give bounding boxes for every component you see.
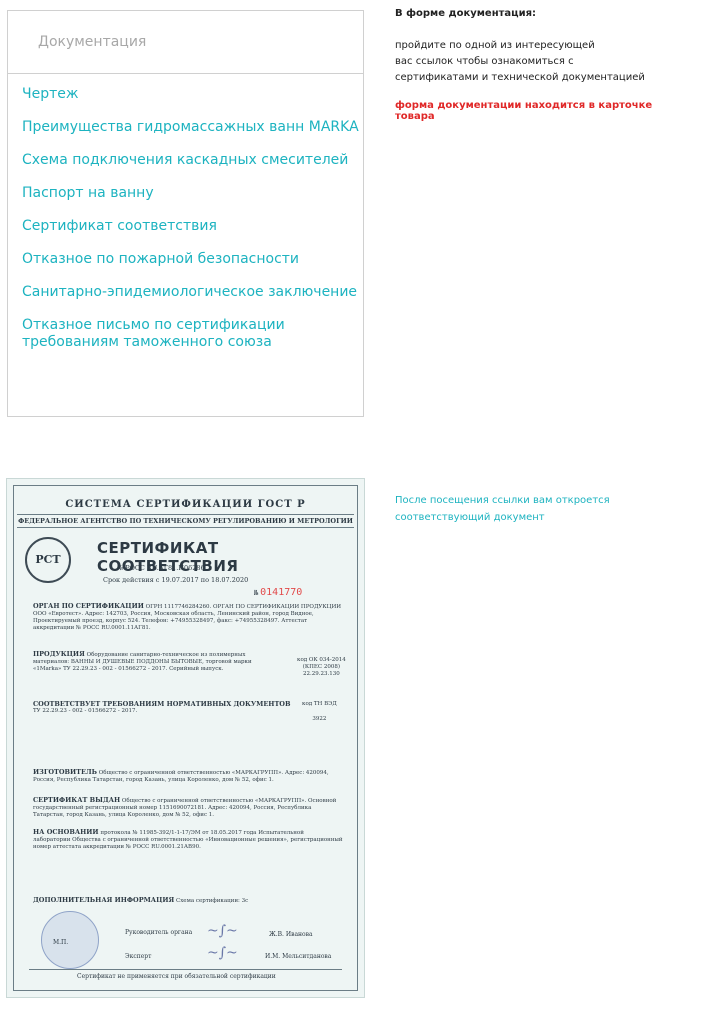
- cert-additional-text: Схема сертификации: 3с: [176, 898, 248, 904]
- cert-mp: М.П.: [53, 939, 68, 946]
- cert-footer-divider: [29, 969, 342, 970]
- cert-tnved-label: код ТН ВЭД: [302, 701, 337, 708]
- signature-expert-icon: ~∫~: [207, 945, 238, 961]
- cert-issued: СЕРТИФИКАТ ВЫДАН Общество с ограниченной…: [33, 797, 343, 819]
- signature-head-icon: ~∫~: [207, 923, 238, 939]
- note-line: После посещения ссылки вам откроется: [395, 492, 655, 509]
- cert-expert-label: Эксперт: [125, 953, 151, 960]
- cert-organ: ОРГАН ПО СЕРТИФИКАЦИИ ОГРН 1117746284260…: [33, 603, 343, 632]
- note-line: соответствующий документ: [395, 509, 655, 526]
- cert-manufacturer: ИЗГОТОВИТЕЛЬ Общество с ограниченной отв…: [33, 769, 343, 784]
- doc-link-fire-safety[interactable]: Отказное по пожарной безопасности: [22, 251, 363, 268]
- cert-product: ПРОДУКЦИЯ Оборудование санитарно-техниче…: [33, 651, 273, 673]
- cert-head-name: Ж.В. Иванова: [269, 931, 313, 938]
- doc-link-mixer-scheme[interactable]: Схема подключения каскадных смесителей: [22, 152, 363, 169]
- documents-link-list: Чертеж Преимущества гидромассажных ванн …: [8, 74, 363, 351]
- cert-blank-number-value: 0141770: [260, 587, 302, 598]
- documents-panel-header: Документация: [8, 11, 363, 74]
- cert-conforms: СООТВЕТСТВУЕТ ТРЕБОВАНИЯМ НОРМАТИВНЫХ ДО…: [33, 701, 293, 715]
- cert-product-label: ПРОДУКЦИЯ: [33, 650, 85, 658]
- cert-tnved-value: 3922: [302, 716, 337, 723]
- cert-basis-label: НА ОСНОВАНИИ: [33, 828, 99, 836]
- documents-panel: Документация Чертеж Преимущества гидрома…: [7, 10, 364, 417]
- cert-tnved: код ТН ВЭД3922: [302, 701, 337, 723]
- doc-link-sanitary[interactable]: Санитарно-эпидемиологическое заключение: [22, 284, 363, 301]
- cert-conforms-text: ТУ 22.29.23 - 002 - 01566272 - 2017.: [33, 708, 293, 715]
- info-block: В форме документация: пройдите по одной …: [395, 8, 695, 122]
- cert-additional: ДОПОЛНИТЕЛЬНАЯ ИНФОРМАЦИЯ Схема сертифик…: [33, 897, 343, 905]
- cert-okp-line: 22.29.23.130: [297, 671, 346, 678]
- cert-footer: Сертификат не применяется при обязательн…: [77, 973, 276, 980]
- info-line: пройдите по одной из интересующей: [395, 38, 695, 54]
- info-line: вас ссылок чтобы ознакомиться с: [395, 54, 695, 70]
- cert-system: СИСТЕМА СЕРТИФИКАЦИИ ГОСТ Р: [7, 499, 364, 510]
- rst-logo-icon: РСТ: [25, 537, 71, 583]
- stamp-seal-icon: [41, 911, 99, 969]
- cert-organ-label: ОРГАН ПО СЕРТИФИКАЦИИ: [33, 602, 144, 610]
- info-title: В форме документация:: [395, 8, 695, 19]
- doc-link-certificate[interactable]: Сертификат соответствия: [22, 218, 363, 235]
- cert-basis: НА ОСНОВАНИИ протокола № 11985-392/1-1-1…: [33, 829, 343, 851]
- cert-agency: ФЕДЕРАЛЬНОЕ АГЕНТСТВО ПО ТЕХНИЧЕСКОМУ РЕ…: [17, 514, 354, 528]
- info-highlight: форма документации находится в карточке …: [395, 100, 695, 122]
- doc-link-advantages[interactable]: Преимущества гидромассажных ванн MARKA: [22, 119, 363, 136]
- cert-issued-label: СЕРТИФИКАТ ВЫДАН: [33, 796, 120, 804]
- cert-head-label: Руководитель органа: [125, 929, 192, 936]
- cert-okp-line: код ОК 034-2014: [297, 657, 346, 664]
- doc-link-drawing[interactable]: Чертеж: [22, 86, 363, 103]
- cert-manufacturer-label: ИЗГОТОВИТЕЛЬ: [33, 768, 97, 776]
- info-line: сертификатами и технической документацие…: [395, 70, 695, 86]
- cert-additional-label: ДОПОЛНИТЕЛЬНАЯ ИНФОРМАЦИЯ: [33, 896, 174, 904]
- cert-blank-number-label: №: [254, 589, 258, 597]
- certificate-image: СИСТЕМА СЕРТИФИКАЦИИ ГОСТ Р ФЕДЕРАЛЬНОЕ …: [6, 478, 365, 998]
- doc-link-customs-union[interactable]: Отказное письмо по сертификации требован…: [22, 317, 363, 351]
- cert-blank-number: № 0141770: [254, 587, 302, 598]
- cert-validity: Срок действия с 19.07.2017 по 18.07.2020: [103, 577, 248, 584]
- cert-reg-number: № РОСС RU.АГ81.Н06286: [117, 565, 205, 572]
- link-note: После посещения ссылки вам откроется соо…: [395, 492, 655, 526]
- cert-conforms-label: СООТВЕТСТВУЕТ ТРЕБОВАНИЯМ НОРМАТИВНЫХ ДО…: [33, 701, 293, 708]
- doc-link-passport[interactable]: Паспорт на ванну: [22, 185, 363, 202]
- cert-okp-line: (КПЕС 2008): [297, 664, 346, 671]
- cert-expert-name: И.М. Мельситданова: [265, 953, 331, 960]
- cert-okp: код ОК 034-2014 (КПЕС 2008) 22.29.23.130: [297, 657, 346, 678]
